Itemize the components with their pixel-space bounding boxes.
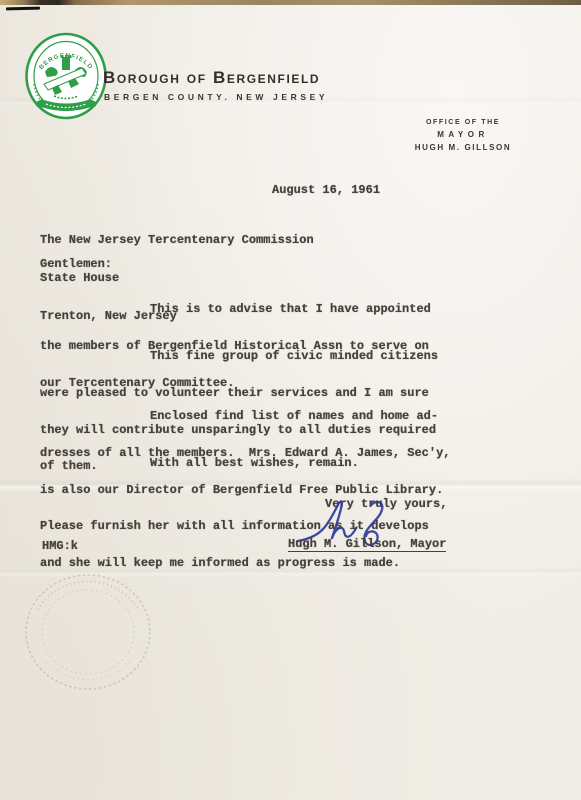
scan-edge-mark [6,7,40,11]
office-of-the-label: OFFICE OF THE [398,119,528,126]
date-line: August 16, 1961 [272,183,380,197]
body-line: This fine group of civic minded citizens [40,350,438,362]
org-name: Borough of Bergenfield [103,68,320,88]
paragraph-3: Enclosed find list of names and home ad-… [40,386,450,593]
borough-seal-icon: BERGENFIELD [24,32,108,120]
signature-name: Hugh M. Gillson, Mayor [288,537,446,552]
salutation: Gentlemen: [40,257,112,271]
body-line: This is to advise that I have appointed [40,303,431,315]
closing-sentence: With all best wishes, remain. [40,456,359,470]
recipient-line: The New Jersey Tercentenary Commission [40,234,314,247]
body-line: and she will keep me informed as progres… [40,557,450,569]
office-block: OFFICE OF THE MAYOR HUGH M. GILLSON [398,119,528,152]
org-subtitle: BERGEN COUNTY. NEW JERSEY [104,92,328,102]
body-line: Enclosed find list of names and home ad- [40,410,450,422]
embossed-seal-impression [16,570,161,698]
mayor-title-label: MAYOR [398,130,528,139]
scanned-letter-page: BERGENFIELD Borough of Bergenfield BERGE… [0,0,581,800]
mayor-name-label: HUGH M. GILLSON [398,143,528,152]
typist-initials: HMG:k [42,539,78,553]
scan-edge-strip [0,0,581,5]
